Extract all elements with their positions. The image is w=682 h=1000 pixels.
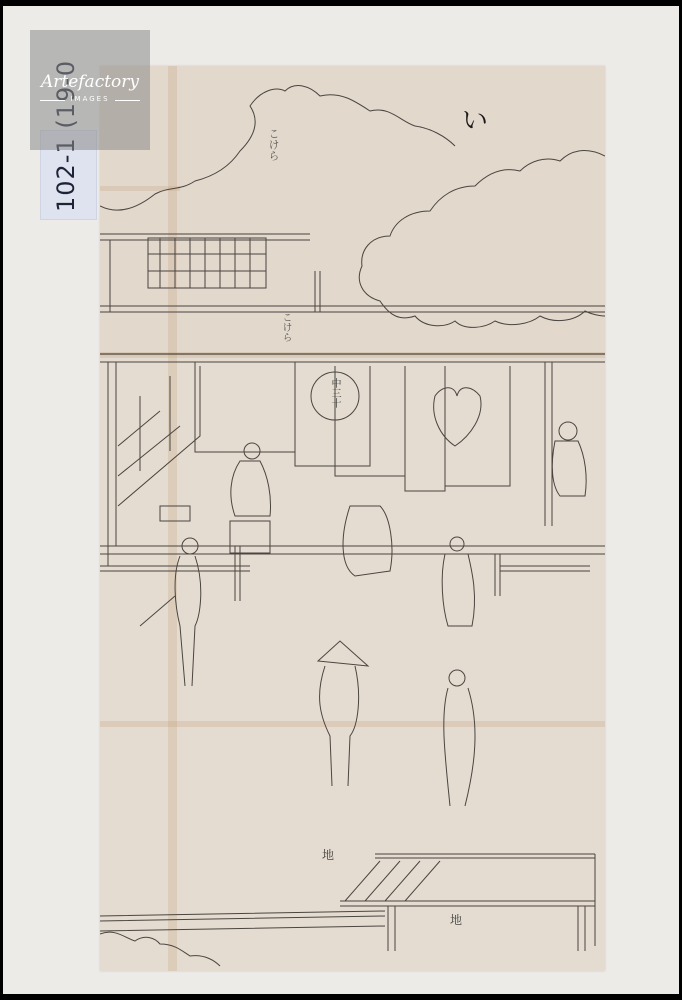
figure-standing-right (444, 670, 475, 806)
figure-seated-center (343, 506, 392, 576)
inscription-cloud-note: こけら (265, 128, 281, 161)
veranda-slats (345, 861, 440, 901)
veranda-lower (100, 911, 385, 931)
figure-standing-center-right (442, 537, 474, 626)
inscription-top-right-mark: い (462, 100, 488, 137)
inscription-band-note: こけら (278, 312, 293, 342)
cloud-bottom-left (100, 932, 220, 966)
figure-seated-woman (231, 443, 271, 516)
watermark-title: Artefactory (30, 72, 150, 92)
figure-walking-left (140, 538, 201, 686)
veranda-upper (340, 854, 595, 946)
figure-straw-hat (318, 641, 368, 786)
noren-curtain-right (405, 366, 510, 491)
inscription-ground-1: 地 (322, 846, 334, 863)
ink-sketch (100, 66, 605, 971)
lattice-window (148, 238, 266, 288)
watermark: Artefactory IMAGES (30, 30, 150, 150)
artwork-paper: こけら こけら 中三十 地 地 (100, 66, 605, 971)
inscription-curtain: 中三十 (327, 378, 342, 408)
watermark-rule-right (115, 100, 140, 101)
staircase (118, 366, 200, 506)
curtain-crest-wreath (434, 388, 481, 446)
watermark-subtitle: IMAGES (30, 95, 150, 103)
noren-curtain-left (295, 366, 405, 476)
figure-seated-right (552, 422, 586, 496)
cloud-large-right (359, 151, 605, 328)
inscription-ground-2: 地 (450, 911, 462, 928)
